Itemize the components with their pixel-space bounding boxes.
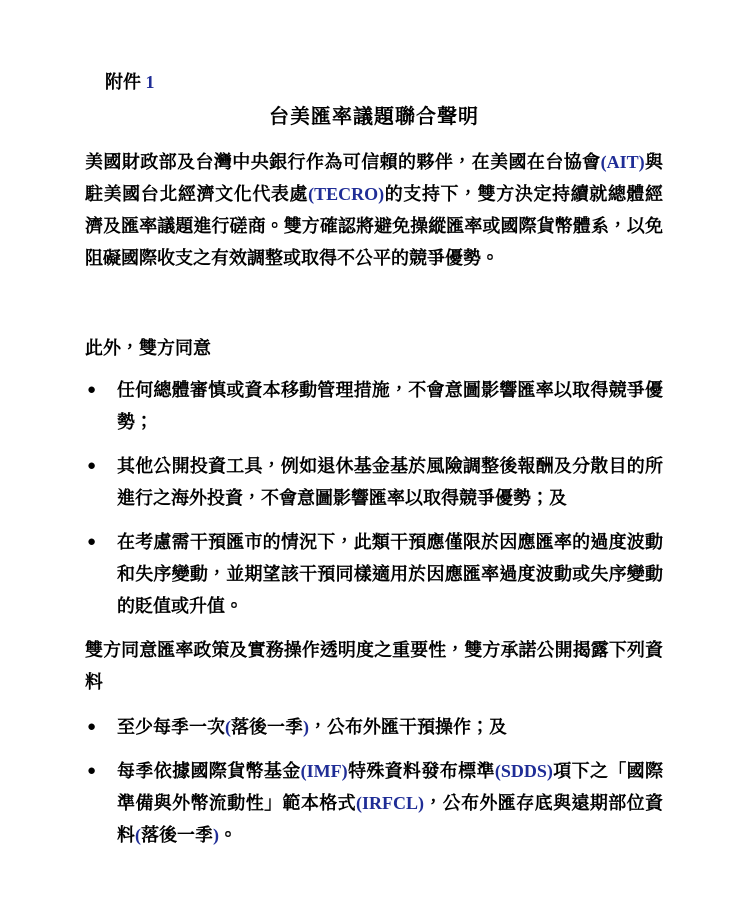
bullet-text: 任何總體審慎或資本移動管理措施，不會意圖影響匯率以取得競爭優勢； <box>117 374 663 438</box>
list-item: ● 每季依據國際貨幣基金(IMF)特殊資料發布標準(SDDS)項下之「國際準備與… <box>85 755 663 851</box>
bullet-text: 在考慮需干預匯市的情況下，此類干預應僅限於因應匯率的過度波動和失序變動，並期望該… <box>117 526 663 622</box>
transparency-lead: 雙方同意匯率政策及實務操作透明度之重要性，雙方承諾公開揭露下列資料 <box>85 634 663 698</box>
transparency-bullet-list: ● 至少每季一次(落後一季)，公布外匯干預操作；及 ● 每季依據國際貨幣基金(I… <box>85 711 663 851</box>
list-item: ● 在考慮需干預匯市的情況下，此類干預應僅限於因應匯率的過度波動和失序變動，並期… <box>85 526 663 622</box>
bullet-icon: ● <box>85 711 117 743</box>
document-content: 附件 1 台美匯率議題聯合聲明 美國財政部及台灣中央銀行作為可信賴的夥伴，在美國… <box>85 70 663 863</box>
list-item: ● 任何總體審慎或資本移動管理措施，不會意圖影響匯率以取得競爭優勢； <box>85 374 663 438</box>
attachment-label: 附件 1 <box>105 70 663 94</box>
intro-paragraph: 美國財政部及台灣中央銀行作為可信賴的夥伴，在美國在台協會(AIT)與駐美國台北經… <box>85 146 663 274</box>
bullet-text: 其他公開投資工具，例如退休基金基於風險調整後報酬及分散目的所進行之海外投資，不會… <box>117 450 663 514</box>
agreement-bullet-list: ● 任何總體審慎或資本移動管理措施，不會意圖影響匯率以取得競爭優勢； ● 其他公… <box>85 374 663 622</box>
agreement-lead: 此外，雙方同意 <box>85 332 663 364</box>
bullet-icon: ● <box>85 526 117 622</box>
bullet-icon: ● <box>85 755 117 851</box>
list-item: ● 其他公開投資工具，例如退休基金基於風險調整後報酬及分散目的所進行之海外投資，… <box>85 450 663 514</box>
document-page: 附件 1 台美匯率議題聯合聲明 美國財政部及台灣中央銀行作為可信賴的夥伴，在美國… <box>0 0 745 917</box>
bullet-text: 每季依據國際貨幣基金(IMF)特殊資料發布標準(SDDS)項下之「國際準備與外幣… <box>117 755 663 851</box>
bullet-text: 至少每季一次(落後一季)，公布外匯干預操作；及 <box>117 711 663 743</box>
bullet-icon: ● <box>85 450 117 514</box>
page-title: 台美匯率議題聯合聲明 <box>85 102 663 132</box>
list-item: ● 至少每季一次(落後一季)，公布外匯干預操作；及 <box>85 711 663 743</box>
bullet-icon: ● <box>85 374 117 438</box>
